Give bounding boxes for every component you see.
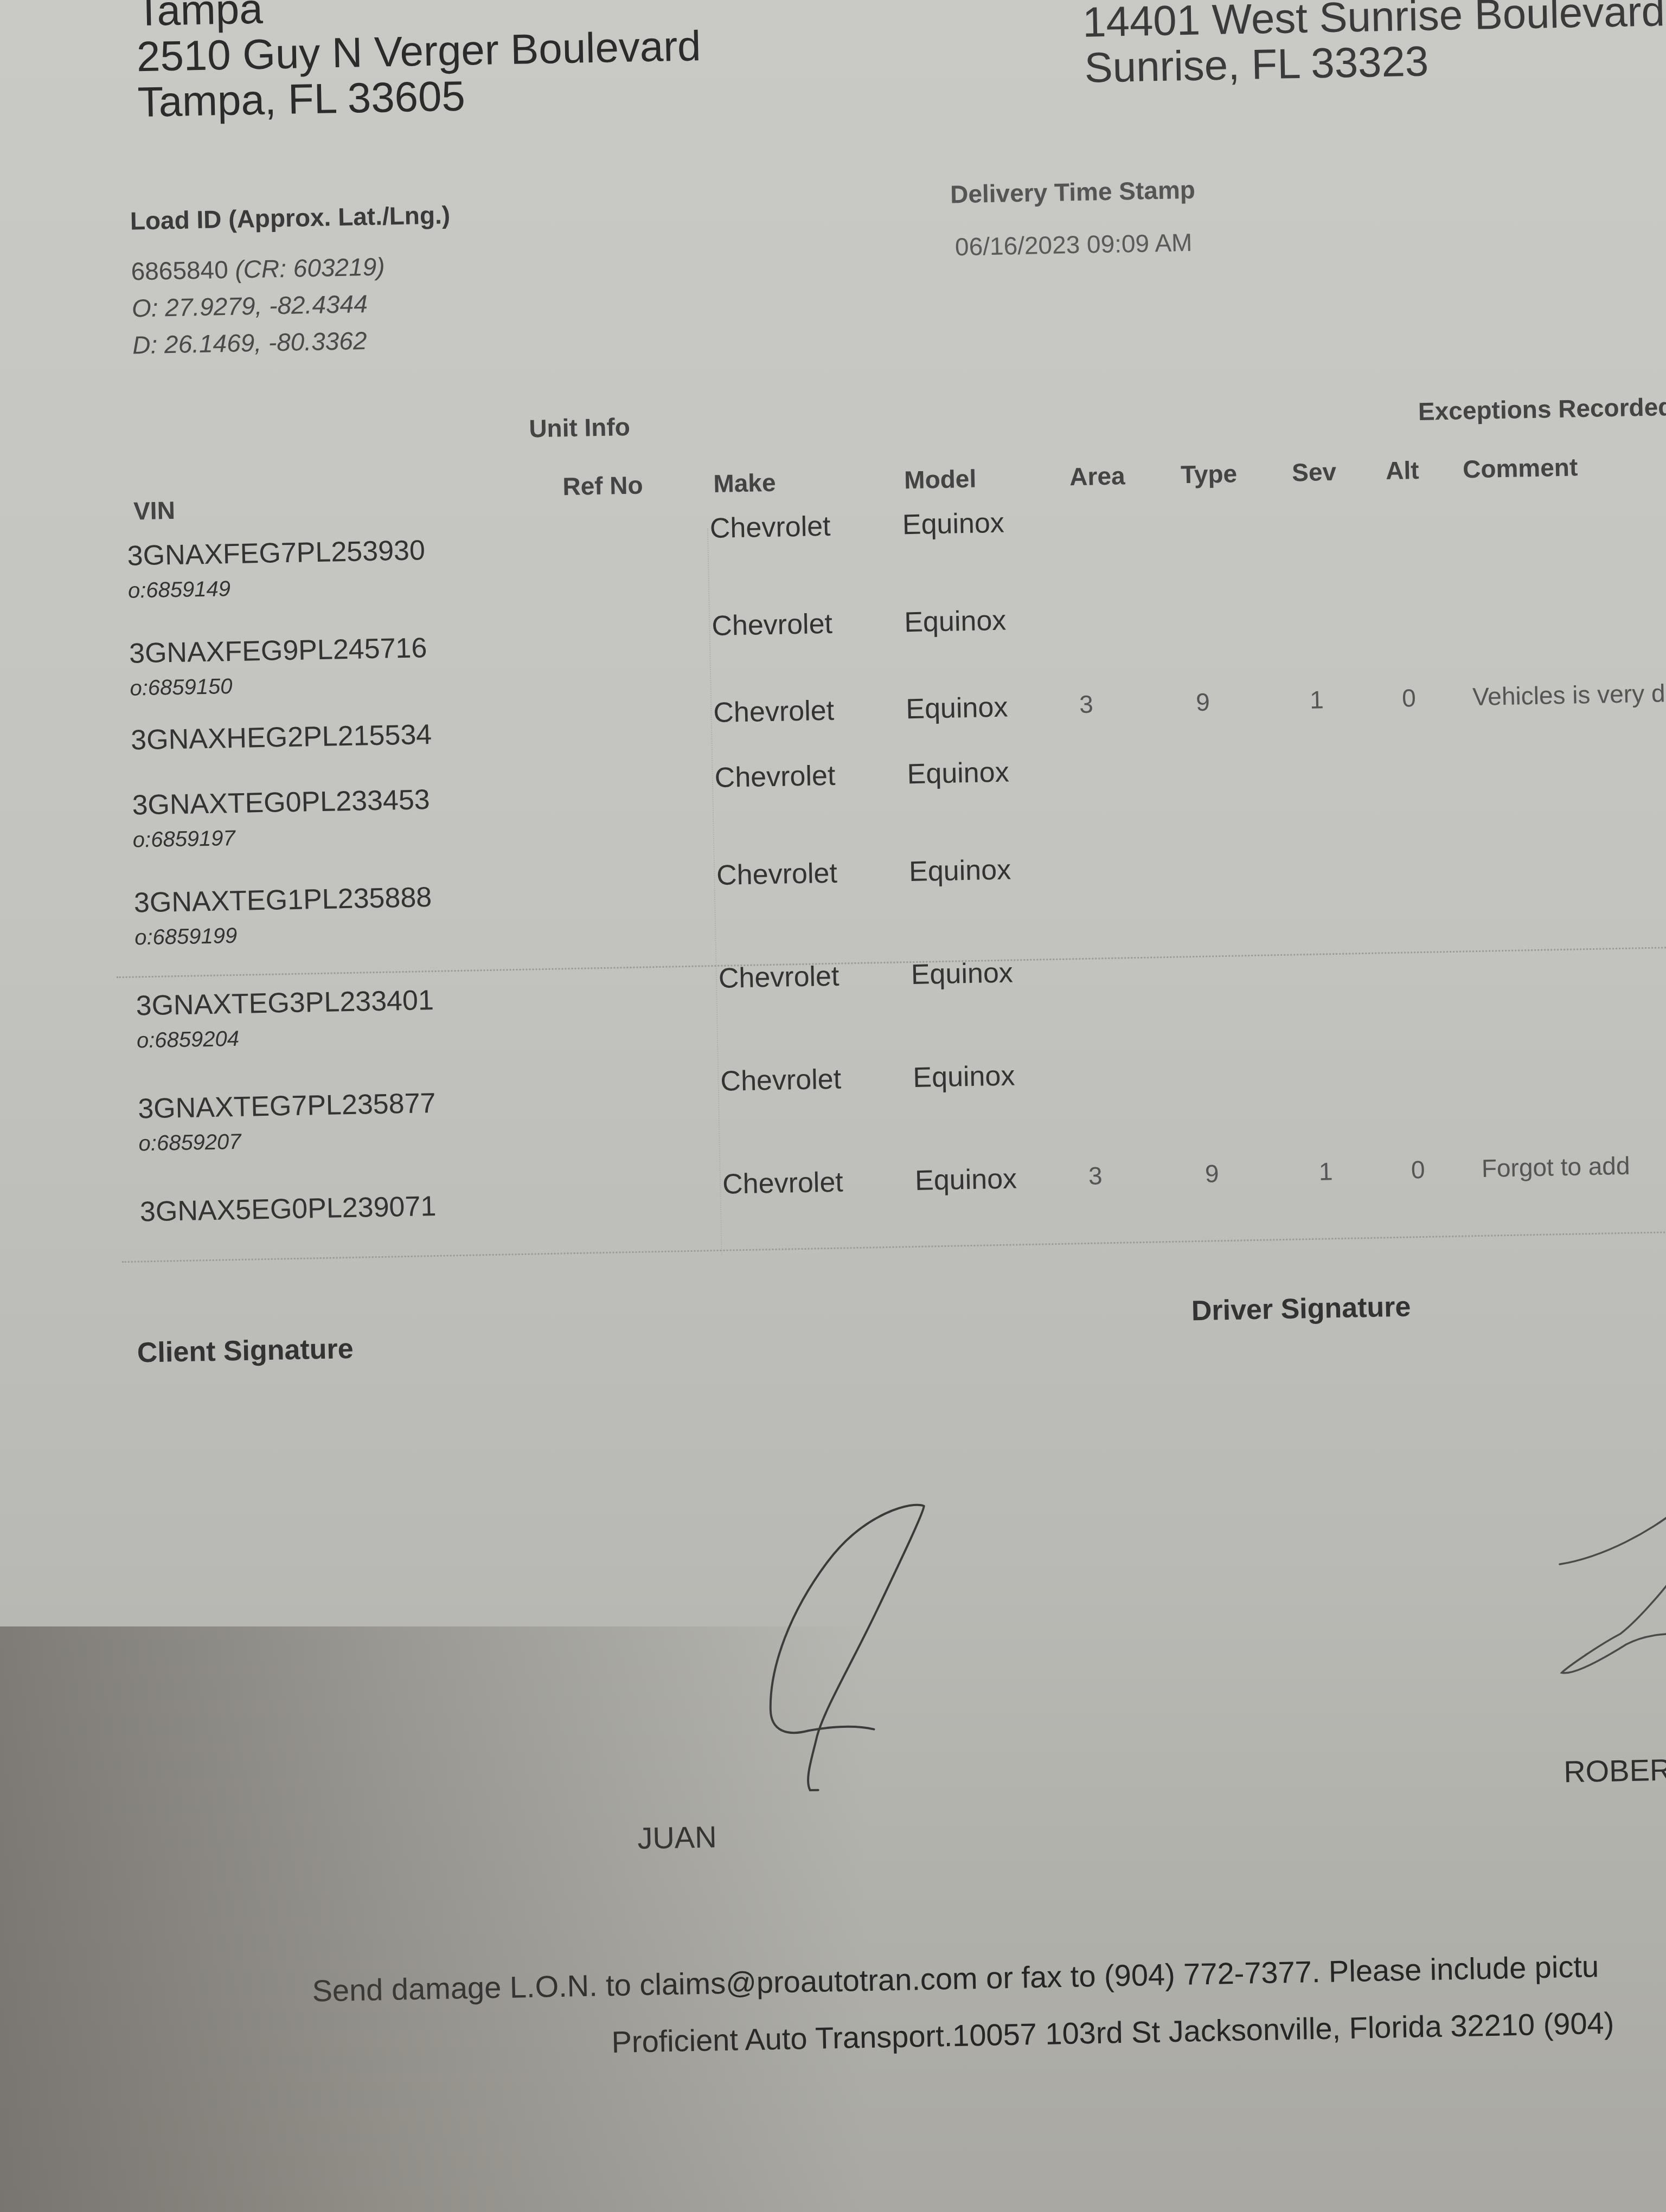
unit-info-group-header: Unit Info <box>529 412 631 443</box>
table-bottom-rule <box>122 1231 1666 1263</box>
vin-cell: 3GNAXTEG3PL233401 <box>136 984 434 1023</box>
client-signature-drawing <box>756 1500 946 1807</box>
company-address: Proficient Auto Transport.10057 103rd St… <box>611 2005 1614 2060</box>
model-cell: Equinox <box>906 691 1008 726</box>
header-ref-no: Ref No <box>562 470 643 501</box>
origin-city: Tampa, FL 33605 <box>137 73 466 126</box>
model-cell: Equinox <box>902 507 1004 542</box>
order-number: o:6859204 <box>136 1027 239 1053</box>
origin-name: Tampa <box>136 0 264 34</box>
header-sev: Sev <box>1292 457 1337 487</box>
client-name: JUAN <box>637 1819 717 1856</box>
load-id-label: Load ID (Approx. Lat./Lng.) <box>130 200 450 235</box>
client-signature-label: Client Signature <box>137 1333 354 1369</box>
origin-street: 2510 Guy N Verger Boulevard <box>136 22 701 80</box>
row-divider <box>117 947 1666 979</box>
vin-cell: 3GNAX5EG0PL239071 <box>139 1190 436 1228</box>
model-cell: Equinox <box>904 605 1007 639</box>
header-make: Make <box>713 468 776 498</box>
model-cell: Equinox <box>911 956 1013 991</box>
vin-cell: 3GNAXTEG7PL235877 <box>138 1087 436 1126</box>
sev-cell: 1 <box>1310 685 1324 714</box>
make-cell: Chevrolet <box>722 1166 844 1201</box>
delivery-timestamp: 06/16/2023 09:09 AM <box>955 228 1193 261</box>
type-cell: 9 <box>1204 1159 1219 1188</box>
sev-cell: 1 <box>1318 1156 1333 1186</box>
make-cell: Chevrolet <box>720 1063 842 1098</box>
model-cell: Equinox <box>915 1162 1017 1197</box>
driver-signature-drawing <box>1553 1486 1666 1706</box>
header-model: Model <box>904 464 977 495</box>
delivery-label: Delivery Time Stamp <box>950 175 1196 209</box>
model-cell: Equinox <box>909 854 1011 889</box>
type-cell: 9 <box>1196 687 1210 716</box>
vin-cell: 3GNAXFEG7PL253930 <box>127 534 425 573</box>
order-number: o:6859197 <box>132 826 235 853</box>
header-type: Type <box>1181 459 1238 489</box>
vin-cell: 3GNAXTEG0PL233453 <box>132 783 430 822</box>
header-area: Area <box>1069 461 1125 491</box>
load-id-line: 6865840 (CR: 603219) <box>131 252 385 286</box>
alt-cell: 0 <box>1402 683 1417 712</box>
make-cell: Chevrolet <box>712 608 833 642</box>
bill-of-lading-document: Tampa 2510 Guy N Verger Boulevard Tampa,… <box>0 0 1666 2211</box>
model-cell: Equinox <box>907 756 1009 791</box>
make-cell: Chevrolet <box>709 510 831 545</box>
area-cell: 3 <box>1088 1161 1103 1190</box>
make-cell: Chevrolet <box>716 857 838 892</box>
order-number: o:6859199 <box>134 924 238 950</box>
comment-cell: Forgot to add <box>1481 1151 1630 1183</box>
exceptions-group-header: Exceptions Recorded <box>1418 392 1666 426</box>
order-number: o:6859150 <box>130 674 233 701</box>
alt-cell: 0 <box>1411 1155 1425 1184</box>
header-comment: Comment <box>1463 452 1578 484</box>
destination-city: Sunrise, FL 33323 <box>1084 37 1429 91</box>
comment-cell: Vehicles is very d <box>1472 678 1665 711</box>
make-cell: Chevrolet <box>714 760 836 794</box>
vin-cell: 3GNAXHEG2PL215534 <box>131 718 432 757</box>
model-cell: Equinox <box>913 1059 1015 1094</box>
claims-instructions: Send damage L.O.N. to claims@proautotran… <box>312 1949 1599 2009</box>
driver-signature-label: Driver Signature <box>1191 1291 1411 1328</box>
origin-coords: O: 27.9279, -82.4344 <box>131 289 368 323</box>
order-number: o:6859207 <box>138 1130 241 1156</box>
make-cell: Chevrolet <box>718 960 840 995</box>
header-vin: VIN <box>133 496 176 525</box>
vin-cell: 3GNAXFEG9PL245716 <box>129 632 427 670</box>
driver-name: ROBERTSO <box>1564 1751 1666 1789</box>
area-cell: 3 <box>1079 690 1094 719</box>
vin-cell: 3GNAXTEG1PL235888 <box>133 881 432 919</box>
load-id: 6865840 <box>131 255 228 285</box>
header-alt: Alt <box>1386 455 1419 485</box>
order-number: o:6859149 <box>128 577 231 603</box>
cr-number: (CR: 603219) <box>235 252 385 283</box>
make-cell: Chevrolet <box>713 695 835 729</box>
destination-coords: D: 26.1469, -80.3362 <box>132 326 367 359</box>
